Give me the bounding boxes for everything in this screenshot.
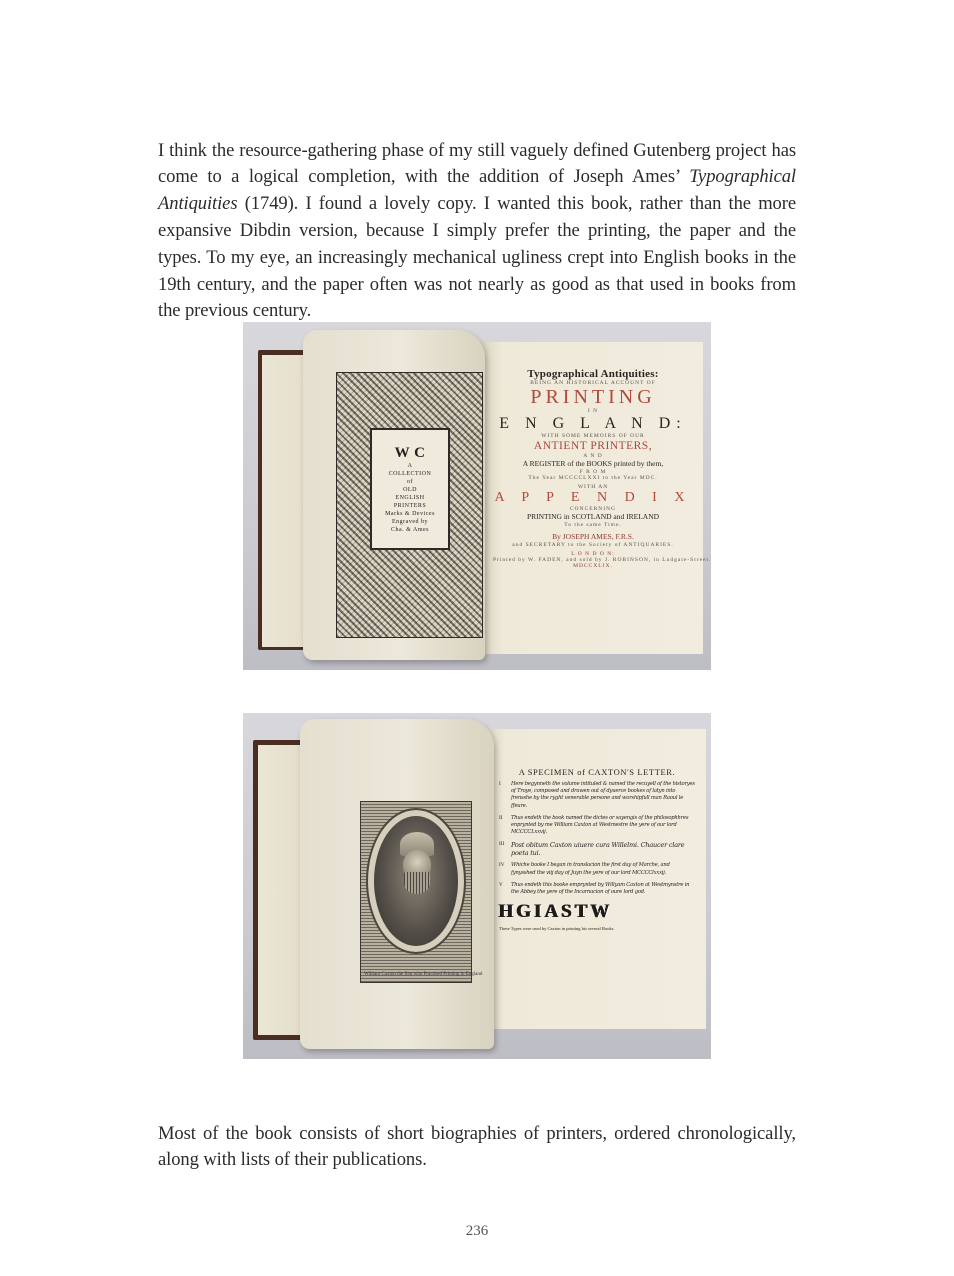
- title-page-years: The Year MCCCCLXXI to the Year MDC.: [493, 475, 693, 481]
- caxton-specimen-page: A SPECIMEN of CAXTON'S LETTER. IHere beg…: [499, 767, 695, 932]
- caxton-portrait-engraving: William Caxton the first who Practised P…: [360, 801, 472, 983]
- body-paragraph-2: Most of the book consists of short biogr…: [158, 1121, 796, 1175]
- specimen-lines: IHere begynneth the volume intituled & n…: [499, 781, 695, 896]
- paragraph-1-text-end: (1749). I found a lovely copy. I wanted …: [158, 193, 796, 321]
- specimen-row: IVWhiche booke I began in translacion th…: [499, 862, 695, 876]
- frontispiece-line: ENGLISH: [395, 494, 424, 502]
- frontispiece-engraving: W C A COLLECTION of OLD ENGLISH PRINTERS…: [336, 372, 483, 638]
- title-page-scotland-ireland: PRINTING in SCOTLAND and IRELAND: [493, 512, 693, 522]
- specimen-row-text: Thus endeth this booke emprynted by Will…: [511, 882, 695, 896]
- specimen-row-number: II: [499, 815, 507, 837]
- title-page-england: E N G L A N D:: [493, 414, 693, 433]
- photo-caxton-spread: William Caxton the first who Practised P…: [243, 713, 711, 1059]
- specimen-row: IIThus endeth the book named the dictes …: [499, 815, 695, 837]
- specimen-row-text: Here begynneth the volume intituled & na…: [511, 781, 695, 810]
- portrait-oval-frame: [368, 810, 464, 952]
- specimen-title: A SPECIMEN of CAXTON'S LETTER.: [499, 767, 695, 777]
- title-page-appendix: A P P E N D I X: [493, 490, 693, 506]
- title-page-text: Typographical Antiquities: BEING AN HIST…: [493, 368, 693, 569]
- specimen-row: VThus endeth this booke emprynted by Wil…: [499, 882, 695, 896]
- title-page-secretary: and SECRETARY to the Society of ANTIQUAR…: [493, 542, 693, 548]
- page-number: 236: [0, 1223, 954, 1240]
- specimen-large-letters: HGIASTW: [499, 901, 695, 923]
- title-page-printing: PRINTING: [493, 386, 693, 408]
- frontispiece-line: Cha. & Ames: [391, 526, 429, 534]
- frontispiece-line: A: [408, 462, 413, 470]
- title-page-antient-printers: ANTIENT PRINTERS,: [493, 439, 693, 453]
- frontispiece-monogram: W C: [395, 444, 426, 462]
- title-page-register: A REGISTER of the BOOKS printed by them,: [493, 459, 693, 469]
- specimen-row-text: Post obitum Caxton uiuere cura Willelmi.…: [511, 841, 695, 857]
- frontispiece-line: PRINTERS: [394, 502, 426, 510]
- photo-title-spread: W C A COLLECTION of OLD ENGLISH PRINTERS…: [243, 322, 711, 670]
- body-paragraph-1: I think the resource-gathering phase of …: [158, 138, 796, 326]
- frontispiece-line: Engraved by: [392, 518, 428, 526]
- specimen-row-text: Whiche booke I began in translacion the …: [511, 862, 695, 876]
- frontispiece-center-panel: W C A COLLECTION of OLD ENGLISH PRINTERS…: [370, 428, 450, 550]
- frontispiece-line: OLD: [403, 486, 417, 494]
- specimen-row-number: I: [499, 781, 507, 810]
- specimen-row-number: IV: [499, 862, 507, 876]
- specimen-row-number: III: [499, 841, 507, 857]
- specimen-row-number: V: [499, 882, 507, 896]
- title-page-title: Typographical Antiquities:: [493, 368, 693, 380]
- specimen-row: IIIPost obitum Caxton uiuere cura Willel…: [499, 841, 695, 857]
- specimen-row-text: Thus endeth the book named the dictes or…: [511, 815, 695, 837]
- frontispiece-line: COLLECTION: [389, 470, 432, 478]
- portrait-caption: William Caxton the first who Practised P…: [364, 972, 482, 977]
- title-page-date: MDCCXLIX.: [493, 563, 693, 569]
- specimen-row: IHere begynneth the volume intituled & n…: [499, 781, 695, 810]
- frontispiece-line: Marks & Devices: [385, 510, 435, 518]
- title-page-author: By JOSEPH AMES, F.R.S.: [493, 532, 693, 542]
- frontispiece-line: of: [407, 478, 413, 486]
- portrait-beard: [404, 872, 430, 894]
- specimen-footer: These Types were used by Caxton in print…: [499, 925, 695, 932]
- title-page-same-time: To the same Time.: [493, 522, 693, 528]
